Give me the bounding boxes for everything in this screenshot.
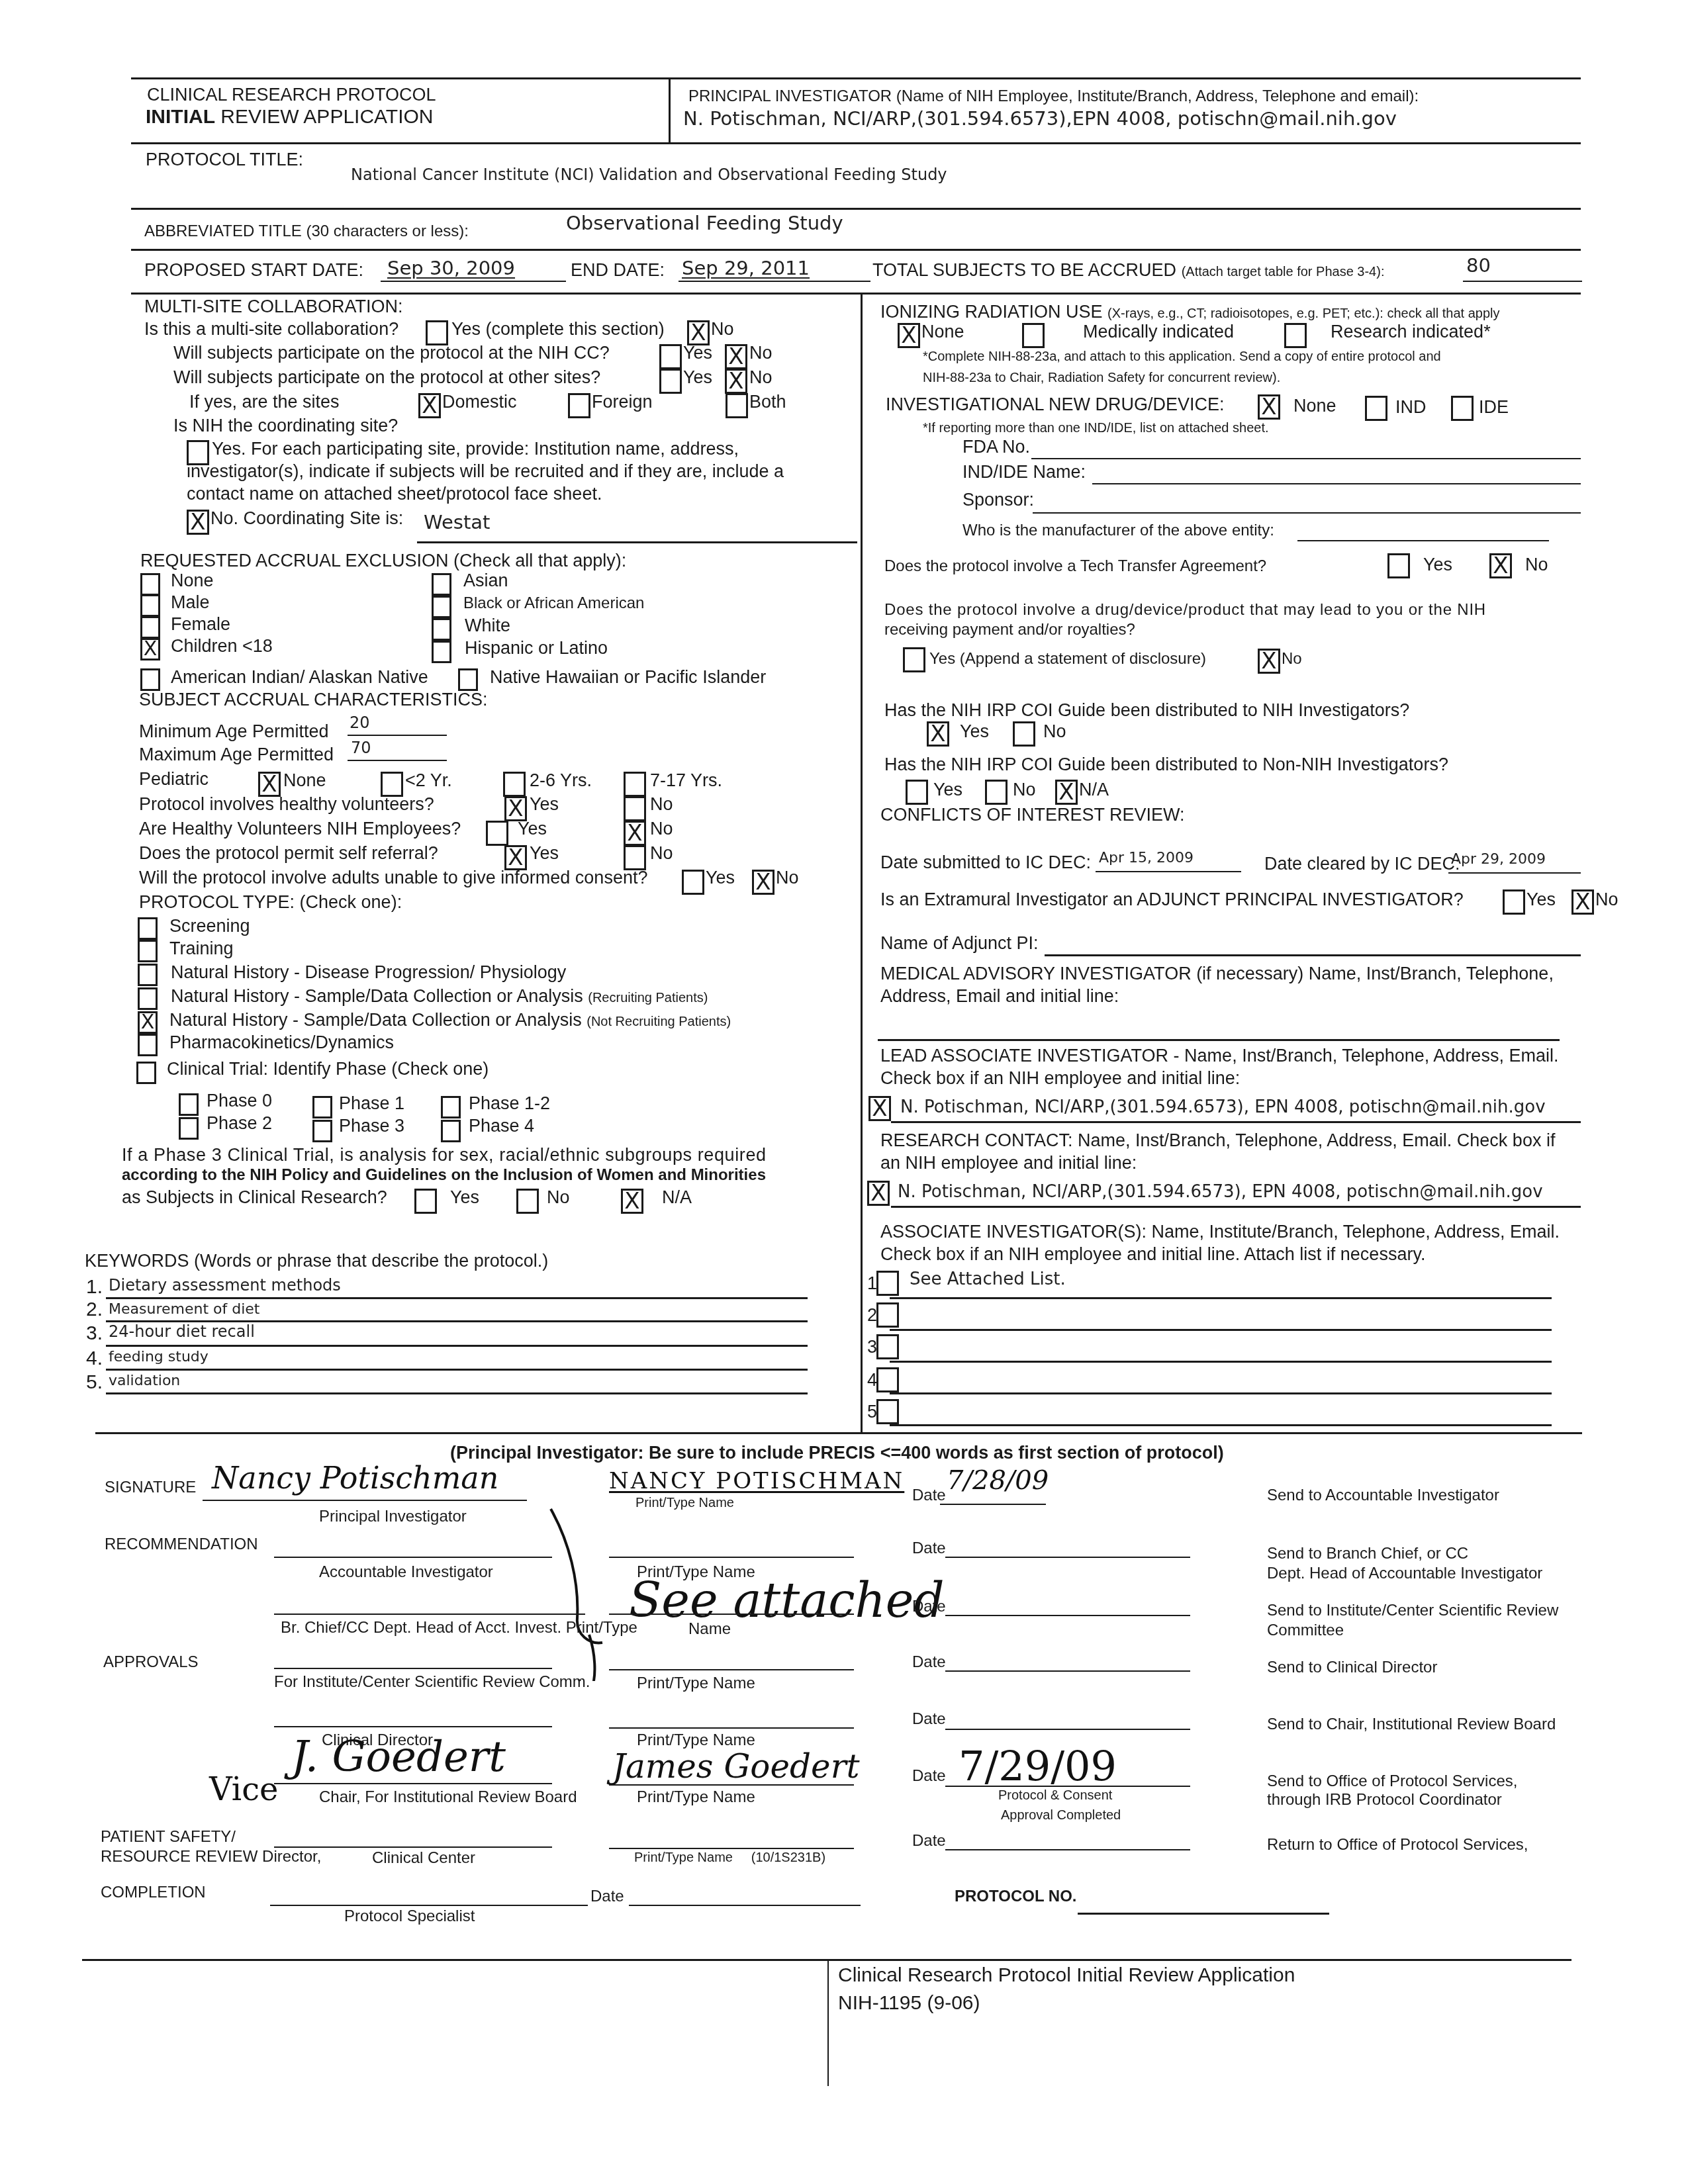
acct-date-line <box>945 1557 1190 1558</box>
pi-date-line <box>940 1504 1046 1505</box>
radiation-research-checkbox[interactable] <box>1284 323 1307 348</box>
branch-name-line <box>609 1614 854 1615</box>
adjunct-no-checkbox[interactable]: X <box>1571 889 1594 915</box>
nih-emp-yes-checkbox[interactable] <box>486 821 508 846</box>
coordinating-no-checkbox[interactable]: X <box>187 510 209 535</box>
associate-5-checkbox[interactable] <box>876 1399 899 1424</box>
pediatric-7-17-label: 7-17 Yrs. <box>650 770 722 791</box>
coordinating-yes-text1: Yes. For each participating site, provid… <box>212 439 739 459</box>
fda-no-label: FDA No. <box>962 437 1030 457</box>
exclusion-none-checkbox[interactable] <box>140 573 160 596</box>
adjunct-yes-checkbox[interactable] <box>1503 889 1525 915</box>
self-ref-no-checkbox[interactable] <box>624 845 646 870</box>
associate-4-field[interactable] <box>890 1392 1552 1394</box>
date-label: Date <box>912 1539 946 1558</box>
print-type-label: Print/Type Name <box>634 1850 733 1865</box>
signature-label: SIGNATURE <box>105 1479 196 1497</box>
irb-date-line <box>945 1786 1190 1787</box>
research-contact-value[interactable]: N. Potischman, NCI/ARP,(301.594.6573), E… <box>898 1182 1543 1202</box>
coi-nih-no-checkbox[interactable] <box>1013 721 1035 747</box>
type-nh-disease-checkbox[interactable] <box>138 964 158 986</box>
keyword-number: 4. <box>86 1347 103 1370</box>
associate-2-checkbox[interactable] <box>876 1302 899 1328</box>
phase3-no-checkbox[interactable] <box>516 1189 539 1214</box>
multisite-q2-yes-checkbox[interactable] <box>659 344 682 369</box>
patient-safety-label-2: RESOURCE REVIEW <box>101 1848 258 1866</box>
keyword-3[interactable]: 24-hour diet recall <box>109 1322 255 1341</box>
approvals-label: APPROVALS <box>103 1653 199 1672</box>
manufacturer-label: Who is the manufacturer of the above ent… <box>962 522 1274 540</box>
type-nh-not-recruiting-checkbox[interactable]: X <box>138 1011 158 1034</box>
form-title-rest: REVIEW APPLICATION <box>215 106 434 128</box>
characteristics-heading: SUBJECT ACCRUAL CHARACTERISTICS: <box>139 690 488 710</box>
irb-role-label: Chair, For Institutional Review Board <box>319 1788 577 1807</box>
exclusion-hawaiian-checkbox[interactable] <box>458 668 478 691</box>
associate-label-2: Check box if an NIH employee and initial… <box>880 1244 1425 1265</box>
exclusion-children-label: Children <18 <box>171 636 273 657</box>
routing-9: through IRB Protocol Coordinator <box>1267 1791 1502 1809</box>
pi-role-label: Principal Investigator <box>319 1508 467 1526</box>
radiation-heading-text: IONIZING RADIATION USE <box>880 302 1103 322</box>
keyword-line <box>106 1297 808 1299</box>
date-label: Date <box>912 1767 946 1786</box>
multisite-heading: MULTI-SITE COLLABORATION: <box>144 296 403 317</box>
pi-date[interactable]: 7/28/09 <box>947 1465 1049 1496</box>
pediatric-2-6-label: 2-6 Yrs. <box>530 770 592 791</box>
phase-0-label: Phase 0 <box>207 1091 272 1111</box>
total-subjects-value[interactable]: 80 <box>1466 254 1491 277</box>
keyword-2[interactable]: Measurement of diet <box>109 1301 259 1318</box>
pi-print-name[interactable]: NANCY POTISCHMAN <box>609 1468 904 1494</box>
total-subjects-label: TOTAL SUBJECTS TO BE ACCRUED (Attach tar… <box>872 260 1384 281</box>
phase3-no-label: No <box>547 1187 570 1208</box>
self-ref-yes-label: Yes <box>530 843 559 864</box>
abbrev-title-label: ABBREVIATED TITLE (30 characters or less… <box>144 222 469 241</box>
adjunct-yes-label: Yes <box>1526 889 1556 910</box>
cc-role-label: Clinical Center <box>372 1849 475 1868</box>
sci-name-line <box>609 1669 854 1670</box>
end-date-label: END DATE: <box>571 260 665 281</box>
nih-emp-no-checkbox[interactable]: X <box>624 821 646 846</box>
research-contact-label-1: RESEARCH CONTACT: Name, Inst/Branch, Tel… <box>880 1130 1555 1151</box>
lead-ai-value[interactable]: N. Potischman, NCI/ARP,(301.594.6573), E… <box>900 1097 1546 1117</box>
vice-handwriting: Vice <box>209 1771 278 1808</box>
type-nh-recruiting-checkbox[interactable] <box>138 987 158 1010</box>
self-ref-yes-checkbox[interactable]: X <box>504 845 527 870</box>
footer-form-name: Clinical Research Protocol Initial Revie… <box>838 1964 1295 1987</box>
rule <box>131 208 1581 210</box>
multisite-q2-yes-label: Yes <box>683 343 712 363</box>
associate-1-checkbox[interactable] <box>876 1271 899 1296</box>
adjunct-name-field[interactable] <box>1045 954 1581 956</box>
sci-role-label: For Institute/Center Scientific Review C… <box>274 1673 590 1692</box>
type-clinical-trial-checkbox[interactable] <box>136 1062 156 1084</box>
min-age-label: Minimum Age Permitted <box>139 721 329 742</box>
phase3-na-checkbox[interactable]: X <box>621 1189 643 1214</box>
tech-transfer-yes-checkbox[interactable] <box>1387 553 1410 578</box>
see-attached-handwriting: See attached <box>629 1572 945 1628</box>
phase3-question-line2: according to the NIH Policy and Guidelin… <box>122 1166 766 1185</box>
routing-3: Dept. Head of Accountable Investigator <box>1267 1565 1542 1583</box>
radiation-research-label: Research indicated* <box>1331 322 1491 342</box>
keyword-line <box>106 1392 808 1394</box>
sci-date-line <box>945 1670 1190 1672</box>
keyword-number: 2. <box>86 1298 103 1321</box>
pi-signature-line <box>203 1500 527 1501</box>
acct-name-line <box>609 1557 854 1558</box>
consent-yes-label: Yes <box>706 868 735 888</box>
radiation-footnote-2: NIH-88-23a to Chair, Radiation Safety fo… <box>923 371 1280 386</box>
sponsor-field[interactable] <box>1033 512 1581 514</box>
branch-role-label: Br. Chief/CC Dept. Head of Acct. Invest.… <box>281 1619 637 1637</box>
exclusion-american-indian-label: American Indian/ Alaskan Native <box>171 667 428 688</box>
header-bottom-rule <box>131 142 1581 144</box>
keyword-4[interactable]: feeding study <box>109 1349 209 1365</box>
self-referral-q: Does the protocol permit self referral? <box>139 843 438 864</box>
irb-signature-line <box>274 1783 552 1784</box>
ind-ind-label: IND <box>1395 397 1427 418</box>
precis-note: (Principal Investigator: Be sure to incl… <box>450 1443 1224 1463</box>
exclusion-none-label: None <box>171 570 214 591</box>
pi-value[interactable]: N. Potischman, NCI/ARP,(301.594.6573),EP… <box>683 107 1397 130</box>
radiation-medical-checkbox[interactable] <box>1022 323 1045 348</box>
type-training-label: Training <box>169 938 234 959</box>
royalties-no-label: No <box>1282 650 1302 668</box>
routing-2: Send to Branch Chief, or CC <box>1267 1545 1468 1563</box>
pediatric-none-label: None <box>283 770 326 791</box>
footer-divider <box>827 1960 829 2086</box>
sponsor-label: Sponsor: <box>962 490 1034 510</box>
exclusion-male-checkbox[interactable] <box>140 594 160 617</box>
fda-no-field[interactable] <box>1031 458 1581 459</box>
phase-1-2-checkbox[interactable] <box>441 1096 461 1118</box>
phase-3-checkbox[interactable] <box>312 1120 332 1142</box>
royalties-yes-label: Yes (Append a statement of disclosure) <box>929 650 1206 668</box>
ind-note: *If reporting more than one IND/IDE, lis… <box>923 421 1269 436</box>
irb-name-line <box>609 1784 854 1786</box>
top-rule <box>131 77 1581 79</box>
total-line <box>1463 281 1582 282</box>
royalties-yes-checkbox[interactable] <box>903 647 925 672</box>
both-checkbox[interactable] <box>726 393 748 418</box>
coi-nih-no-label: No <box>1043 721 1066 742</box>
type-screening-label: Screening <box>169 916 250 936</box>
phase-4-label: Phase 4 <box>469 1116 534 1136</box>
print-type-label: Print/Type Name <box>637 1788 755 1807</box>
radiation-heading-note: (X-rays, e.g., CT; radioisotopes, e.g. P… <box>1107 306 1499 321</box>
associate-1-value[interactable]: See Attached List. <box>910 1269 1066 1289</box>
rule <box>131 293 1581 295</box>
date-label: Date <box>912 1598 946 1616</box>
both-label: Both <box>749 392 786 412</box>
nh-not-recruiting-text: Natural History - Sample/Data Collection… <box>169 1010 582 1030</box>
nih-emp-yes-label: Yes <box>518 819 547 839</box>
exclusion-white-checkbox[interactable] <box>432 618 451 641</box>
healthy-yes-label: Yes <box>530 794 559 815</box>
ind-ide-label: IDE <box>1479 397 1509 418</box>
type-clinical-trial-label: Clinical Trial: Identify Phase (Check on… <box>167 1059 489 1079</box>
research-contact-label-2: an NIH employee and initial line: <box>880 1153 1137 1173</box>
ind-ide-checkbox[interactable] <box>1451 396 1474 421</box>
max-age-value[interactable]: 70 <box>351 739 371 757</box>
coi-nih-yes-label: Yes <box>960 721 989 742</box>
pediatric-none-checkbox[interactable]: X <box>258 772 281 797</box>
multisite-q3-no-checkbox[interactable]: X <box>725 369 747 394</box>
keyword-5[interactable]: validation <box>109 1373 180 1389</box>
exclusion-hispanic-label: Hispanic or Latino <box>465 638 608 659</box>
phase3-na-label: N/A <box>662 1187 692 1208</box>
exclusion-hispanic-checkbox[interactable] <box>432 641 451 663</box>
radiation-medical-label: Medically indicated <box>1083 322 1234 342</box>
coordinating-site-value[interactable]: Westat <box>424 511 490 533</box>
pediatric-under2-checkbox[interactable] <box>381 772 403 797</box>
multisite-q2: Will subjects participate on the protoco… <box>173 343 610 363</box>
adjunct-no-label: No <box>1595 889 1618 910</box>
ind-ind-checkbox[interactable] <box>1365 396 1387 421</box>
coi-guide-non-nih-q: Has the NIH IRP COI Guide been distribut… <box>884 754 1448 775</box>
coi-non-nih-yes-checkbox[interactable] <box>906 780 928 805</box>
completion-label: COMPLETION <box>101 1884 206 1902</box>
routing-5: Committee <box>1267 1621 1344 1640</box>
ic-dec-cleared-value[interactable]: Apr 29, 2009 <box>1451 851 1546 868</box>
coi-non-nih-na-label: N/A <box>1079 780 1109 800</box>
abbrev-title-value[interactable]: Observational Feeding Study <box>566 212 843 234</box>
max-age-label: Maximum Age Permitted <box>139 745 334 765</box>
cleared-line <box>1448 872 1581 874</box>
routing-6: Send to Clinical Director <box>1267 1659 1437 1677</box>
phase-0-checkbox[interactable] <box>179 1093 199 1116</box>
type-nh-not-recruiting-label: Natural History - Sample/Data Collection… <box>169 1010 731 1030</box>
director-role: Director, <box>262 1848 321 1866</box>
phase-1-checkbox[interactable] <box>312 1096 332 1118</box>
footer-rule <box>82 1959 1571 1961</box>
handwritten-bracket-icon <box>543 1502 622 1681</box>
consent-note-1: Protocol & Consent <box>998 1788 1112 1803</box>
lead-ai-nih-checkbox[interactable]: X <box>868 1096 891 1121</box>
form-title-line2: INITIAL REVIEW APPLICATION <box>146 106 434 128</box>
research-contact-line <box>891 1206 1581 1208</box>
tech-transfer-no-checkbox[interactable]: X <box>1489 553 1512 578</box>
max-age-line <box>348 760 447 761</box>
exclusion-heading: REQUESTED ACCRUAL EXCLUSION (Check all t… <box>140 551 626 571</box>
consent-yes-checkbox[interactable] <box>682 870 704 895</box>
phase-4-checkbox[interactable] <box>441 1120 461 1142</box>
protocol-title-value[interactable]: National Cancer Institute (NCI) Validati… <box>351 165 947 184</box>
keyword-1[interactable]: Dietary assessment methods <box>109 1276 341 1295</box>
multisite-q4: If yes, are the sites <box>189 392 340 412</box>
healthy-yes-checkbox[interactable]: X <box>504 796 527 821</box>
date-label: Date <box>912 1710 946 1729</box>
keyword-number: 5. <box>86 1371 103 1394</box>
coi-nih-yes-checkbox[interactable]: X <box>927 721 949 747</box>
director-name-line <box>609 1848 854 1849</box>
exclusion-white-label: White <box>465 615 510 636</box>
ic-dec-submitted-value[interactable]: Apr 15, 2009 <box>1099 850 1194 866</box>
type-nh-disease-label: Natural History - Disease Progression/ P… <box>171 962 566 983</box>
routing-7: Send to Chair, Institutional Review Boar… <box>1267 1715 1556 1734</box>
tech-transfer-q: Does the protocol involve a Tech Transfe… <box>884 557 1266 576</box>
domestic-checkbox[interactable]: X <box>418 393 441 418</box>
exclusion-american-indian-checkbox[interactable] <box>140 668 160 691</box>
keyword-number: 1. <box>86 1276 103 1298</box>
nh-recruiting-note: (Recruiting Patients) <box>588 991 708 1005</box>
irb-print-name[interactable]: James Goedert <box>612 1747 860 1786</box>
protocol-specialist-label: Protocol Specialist <box>344 1907 475 1926</box>
associate-3-checkbox[interactable] <box>876 1334 899 1359</box>
end-date-value[interactable]: Sep 29, 2011 <box>682 257 810 279</box>
coordinating-yes-text2: investigator(s), indicate if subjects wi… <box>187 461 784 482</box>
royalties-q-1: Does the protocol involve a drug/device/… <box>884 601 1486 619</box>
pediatric-7-17-checkbox[interactable] <box>624 772 646 797</box>
foreign-label: Foreign <box>592 392 653 412</box>
clinical-dir-date-line <box>945 1729 1190 1730</box>
nih-employees-q: Are Healthy Volunteers NIH Employees? <box>139 819 461 839</box>
tech-transfer-no-label: No <box>1525 555 1548 575</box>
clinical-dir-name-line <box>609 1727 854 1729</box>
ind-none-label: None <box>1293 396 1336 416</box>
phase-1-label: Phase 1 <box>339 1093 404 1114</box>
date-label: Date <box>912 1653 946 1672</box>
min-age-value[interactable]: 20 <box>350 713 370 732</box>
lead-ai-line <box>891 1121 1581 1123</box>
director-print-row: Print/Type Name (10/1S231B) <box>634 1850 825 1866</box>
pi-signature[interactable]: Nancy Potischman <box>212 1460 498 1496</box>
keywords-heading: KEYWORDS (Words or phrase that describe … <box>85 1251 548 1271</box>
multisite-q1: Is this a multi-site collaboration? <box>144 319 399 340</box>
associate-line <box>890 1297 1552 1299</box>
coi-non-nih-no-checkbox[interactable] <box>985 780 1008 805</box>
ic-dec-submitted-label: Date submitted to IC DEC: <box>880 852 1091 873</box>
protocol-type-heading: PROTOCOL TYPE: (Check one): <box>139 892 402 913</box>
royalties-q-2: receiving payment and/or royalties? <box>884 621 1135 639</box>
ind-none-checkbox[interactable]: X <box>1258 394 1280 420</box>
phase-3-label: Phase 3 <box>339 1116 404 1136</box>
lead-ai-label-1: LEAD ASSOCIATE INVESTIGATOR - Name, Inst… <box>880 1046 1558 1066</box>
exclusion-asian-label: Asian <box>463 570 508 591</box>
exclusion-male-label: Male <box>171 592 210 613</box>
radiation-heading: IONIZING RADIATION USE (X-rays, e.g., CT… <box>880 302 1500 322</box>
routing-8: Send to Office of Protocol Services, <box>1267 1772 1517 1791</box>
medical-advisory-field[interactable] <box>878 1039 1560 1041</box>
healthy-no-label: No <box>650 794 673 815</box>
end-date-line <box>679 281 870 282</box>
total-note: (Attach target table for Phase 3-4): <box>1182 265 1385 279</box>
date-label: Date <box>590 1888 624 1906</box>
consent-note-2: Approval Completed <box>1001 1808 1121 1823</box>
associate-5-field[interactable] <box>890 1424 1552 1426</box>
adjunct-pi-q: Is an Extramural Investigator an ADJUNCT… <box>880 889 1464 910</box>
radiation-none-checkbox[interactable]: X <box>898 323 920 348</box>
ic-dec-cleared-label: Date cleared by IC DEC: <box>1264 854 1460 874</box>
form-code: (10/1S231B) <box>751 1850 825 1865</box>
coi-review-heading: CONFLICTS OF INTEREST REVIEW: <box>880 805 1185 825</box>
coordinating-no-label: No. Coordinating Site is: <box>211 508 403 529</box>
multisite-q1-no-checkbox[interactable]: X <box>687 320 710 345</box>
phase-2-checkbox[interactable] <box>179 1117 199 1140</box>
exclusion-female-checkbox[interactable] <box>140 616 160 639</box>
associate-2-field[interactable] <box>890 1329 1552 1331</box>
phase-2-label: Phase 2 <box>207 1113 272 1134</box>
pediatric-label: Pediatric <box>139 769 209 790</box>
exclusion-asian-checkbox[interactable] <box>432 573 451 596</box>
ind-name-field[interactable] <box>1092 483 1581 484</box>
start-date-value[interactable]: Sep 30, 2009 <box>387 257 515 279</box>
associate-3-field[interactable] <box>890 1361 1552 1363</box>
exclusion-black-checkbox[interactable] <box>432 596 451 618</box>
multisite-q3-no-label: No <box>749 367 773 388</box>
irb-date[interactable]: 7/29/09 <box>959 1742 1117 1790</box>
date-label: Date <box>912 1832 946 1850</box>
healthy-volunteers-q: Protocol involves healthy volunteers? <box>139 794 434 815</box>
ind-heading: INVESTIGATIONAL NEW DRUG/DEVICE: <box>886 394 1225 415</box>
nh-not-recruiting-note: (Not Recruiting Patients) <box>586 1015 731 1029</box>
protocol-title-label: PROTOCOL TITLE: <box>146 150 303 170</box>
medical-advisory-label-1: MEDICAL ADVISORY INVESTIGATOR (if necess… <box>880 964 1554 984</box>
pediatric-under2-label: <2 Yr. <box>405 770 452 791</box>
phase3-yes-checkbox[interactable] <box>414 1189 437 1214</box>
nh-recruiting-text: Natural History - Sample/Data Collection… <box>171 986 583 1006</box>
healthy-no-checkbox[interactable] <box>624 796 646 821</box>
branch-date-line <box>945 1615 1190 1616</box>
coi-non-nih-yes-label: Yes <box>933 780 962 800</box>
coi-non-nih-na-checkbox[interactable]: X <box>1055 780 1078 805</box>
royalties-no-checkbox[interactable]: X <box>1258 649 1280 674</box>
acct-role-label: Accountable Investigator <box>319 1563 493 1582</box>
print-type-label: Print/Type Name <box>637 1674 755 1693</box>
multisite-q3-yes-checkbox[interactable] <box>659 369 682 394</box>
associate-4-checkbox[interactable] <box>876 1367 899 1392</box>
protocol-no-field[interactable] <box>1078 1913 1329 1915</box>
radiation-footnote-1: *Complete NIH-88-23a, and attach to this… <box>923 349 1441 365</box>
type-training-checkbox[interactable] <box>138 940 158 962</box>
irb-signature[interactable]: J. Goedert <box>291 1733 506 1782</box>
type-screening-checkbox[interactable] <box>138 917 158 940</box>
coi-guide-nih-q: Has the NIH IRP COI Guide been distribut… <box>884 700 1409 721</box>
pi-label: PRINCIPAL INVESTIGATOR (Name of NIH Empl… <box>688 87 1419 106</box>
start-date-label: PROPOSED START DATE: <box>144 260 363 281</box>
multisite-q1-yes-checkbox[interactable] <box>426 320 448 345</box>
manufacturer-field[interactable] <box>1297 540 1549 541</box>
keyword-line <box>106 1369 808 1371</box>
branch-name-label: Name <box>688 1620 731 1639</box>
multisite-q2-no-checkbox[interactable]: X <box>725 344 747 369</box>
foreign-checkbox[interactable] <box>568 393 590 418</box>
type-pk-checkbox[interactable] <box>138 1034 158 1056</box>
routing-10: Return to Office of Protocol Services, <box>1267 1836 1528 1854</box>
phase3-question-line1: If a Phase 3 Clinical Trial, is analysis… <box>122 1145 767 1165</box>
tech-transfer-yes-label: Yes <box>1423 555 1452 575</box>
adjunct-name-label: Name of Adjunct PI: <box>880 933 1039 954</box>
radiation-none-label: None <box>921 322 964 342</box>
self-ref-no-label: No <box>650 843 673 864</box>
lead-ai-label-2: Check box if an NIH employee and initial… <box>880 1068 1240 1089</box>
keyword-line <box>106 1345 808 1347</box>
medical-advisory-label-2: Address, Email and initial line: <box>880 986 1119 1007</box>
consent-no-checkbox[interactable]: X <box>752 870 774 895</box>
exclusion-children-checkbox[interactable]: X <box>140 638 160 660</box>
footer-form-number: NIH-1195 (9-06) <box>838 1992 980 2015</box>
research-contact-nih-checkbox[interactable]: X <box>867 1181 890 1206</box>
pediatric-2-6-checkbox[interactable] <box>503 772 526 797</box>
phase-1-2-label: Phase 1-2 <box>469 1093 550 1114</box>
type-pk-label: Pharmacokinetics/Dynamics <box>169 1032 394 1053</box>
acct-signature-line <box>274 1557 552 1558</box>
total-label: TOTAL SUBJECTS TO BE ACCRUED <box>872 260 1176 280</box>
rule <box>131 249 1581 251</box>
print-type-label: Print/Type Name <box>635 1496 734 1511</box>
completion-date-line <box>629 1905 861 1906</box>
signature-section-rule <box>95 1432 1582 1434</box>
